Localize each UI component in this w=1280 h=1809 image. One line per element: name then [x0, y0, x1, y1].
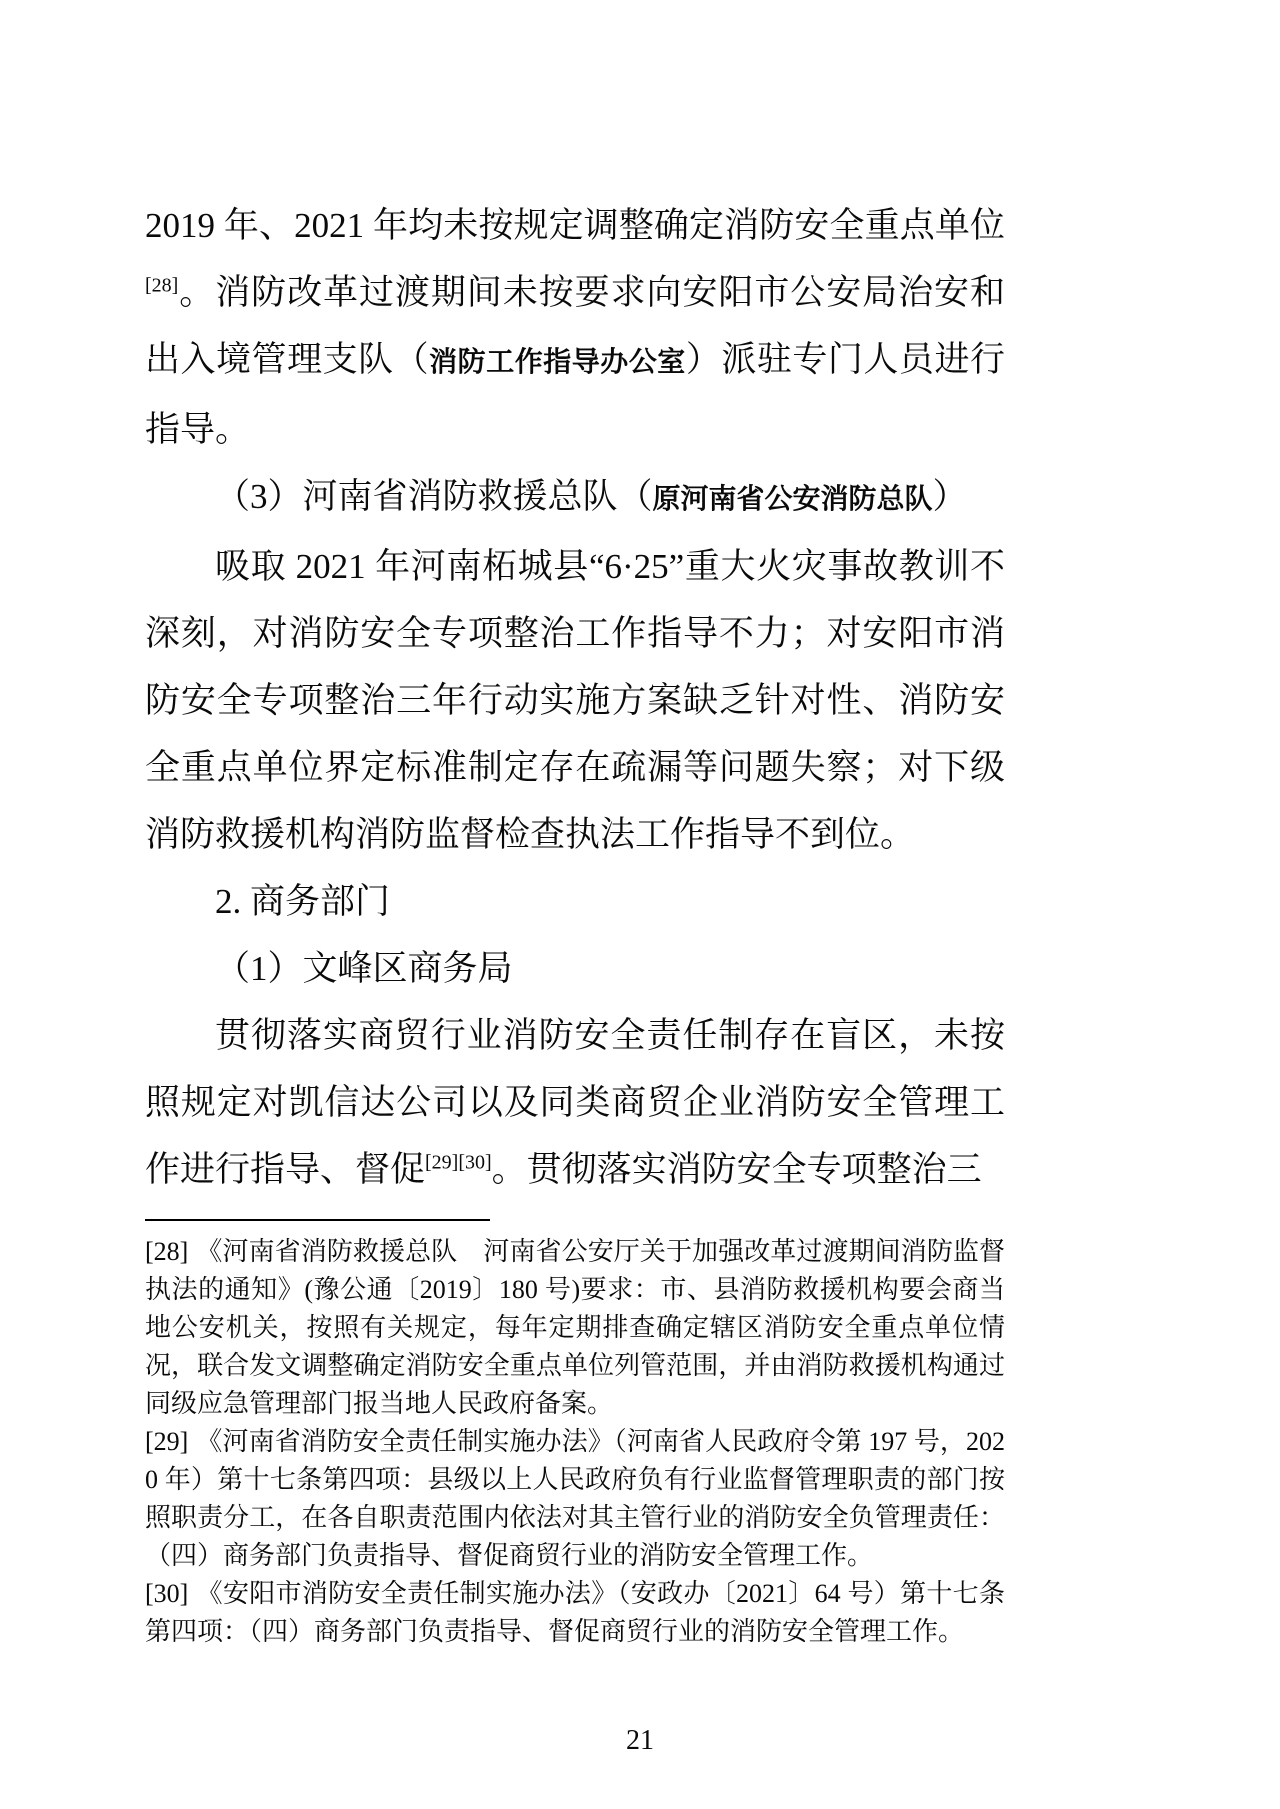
heading-item-3-close: ）	[933, 477, 968, 516]
footnote-28: [28]《河南省消防救援总队 河南省公安厅关于加强改革过渡期间消防监督执法的通知…	[145, 1233, 1005, 1423]
footnote-28-marker: [28]	[145, 1237, 188, 1266]
footnote-29: [29]《河南省消防安全责任制实施办法》（河南省人民政府令第 197 号，202…	[145, 1423, 1005, 1575]
footnote-divider	[145, 1219, 490, 1221]
footnotes-section: [28]《河南省消防救援总队 河南省公安厅关于加强改革过渡期间消防监督执法的通知…	[145, 1219, 1005, 1651]
footnote-30-text: 《安阳市消防安全责任制实施办法》（安政办〔2021〕64 号）第十七条第四项：（…	[145, 1579, 1005, 1646]
heading-item-3-paren-note: 原河南省公安消防总队	[653, 484, 933, 515]
footnote-ref-28: [28]	[145, 274, 178, 296]
heading-wenfeng-commerce-bureau: （1）文峰区商务局	[145, 935, 1005, 1002]
footnote-ref-29-30: [29][30]	[425, 1151, 492, 1173]
paragraph-fire-rescue-findings: 吸取 2021 年河南柘城县“6·25”重大火灾事故教训不深刻，对消防安全专项整…	[145, 533, 1005, 868]
document-body: 2019 年、2021 年均未按规定调整确定消防安全重点单位[28]。消防改革过…	[145, 192, 1005, 1203]
footnote-30: [30]《安阳市消防安全责任制实施办法》（安政办〔2021〕64 号）第十七条第…	[145, 1575, 1005, 1651]
paragraph-continuation-text: 2019 年、2021 年均未按规定调整确定消防安全重点单位	[145, 206, 1005, 245]
footnote-29-text: 《河南省消防安全责任制实施办法》（河南省人民政府令第 197 号，2020 年）…	[145, 1427, 1005, 1570]
footnote-29-marker: [29]	[145, 1427, 188, 1456]
heading-commerce-departments: 2. 商务部门	[145, 868, 1005, 935]
inline-paren-note: 消防工作指导办公室	[429, 347, 686, 378]
footnote-30-marker: [30]	[145, 1579, 188, 1608]
document-page: 2019 年、2021 年均未按规定调整确定消防安全重点单位[28]。消防改革过…	[0, 0, 1280, 1809]
heading-item-3-title: （3）河南省消防救援总队（	[215, 477, 653, 516]
paragraph-commerce-findings-text-2: 。贯彻落实消防安全专项整治三	[492, 1150, 982, 1189]
paragraph-commerce-findings: 贯彻落实商贸行业消防安全责任制存在盲区，未按照规定对凯信达公司以及同类商贸企业消…	[145, 1002, 1005, 1203]
heading-item-3: （3）河南省消防救援总队（原河南省公安消防总队）	[145, 463, 1005, 533]
page-number: 21	[0, 1725, 1280, 1757]
footnote-28-text: 《河南省消防救援总队 河南省公安厅关于加强改革过渡期间消防监督执法的通知》(豫公…	[145, 1237, 1005, 1418]
paragraph-continuation: 2019 年、2021 年均未按规定调整确定消防安全重点单位[28]。消防改革过…	[145, 192, 1005, 463]
